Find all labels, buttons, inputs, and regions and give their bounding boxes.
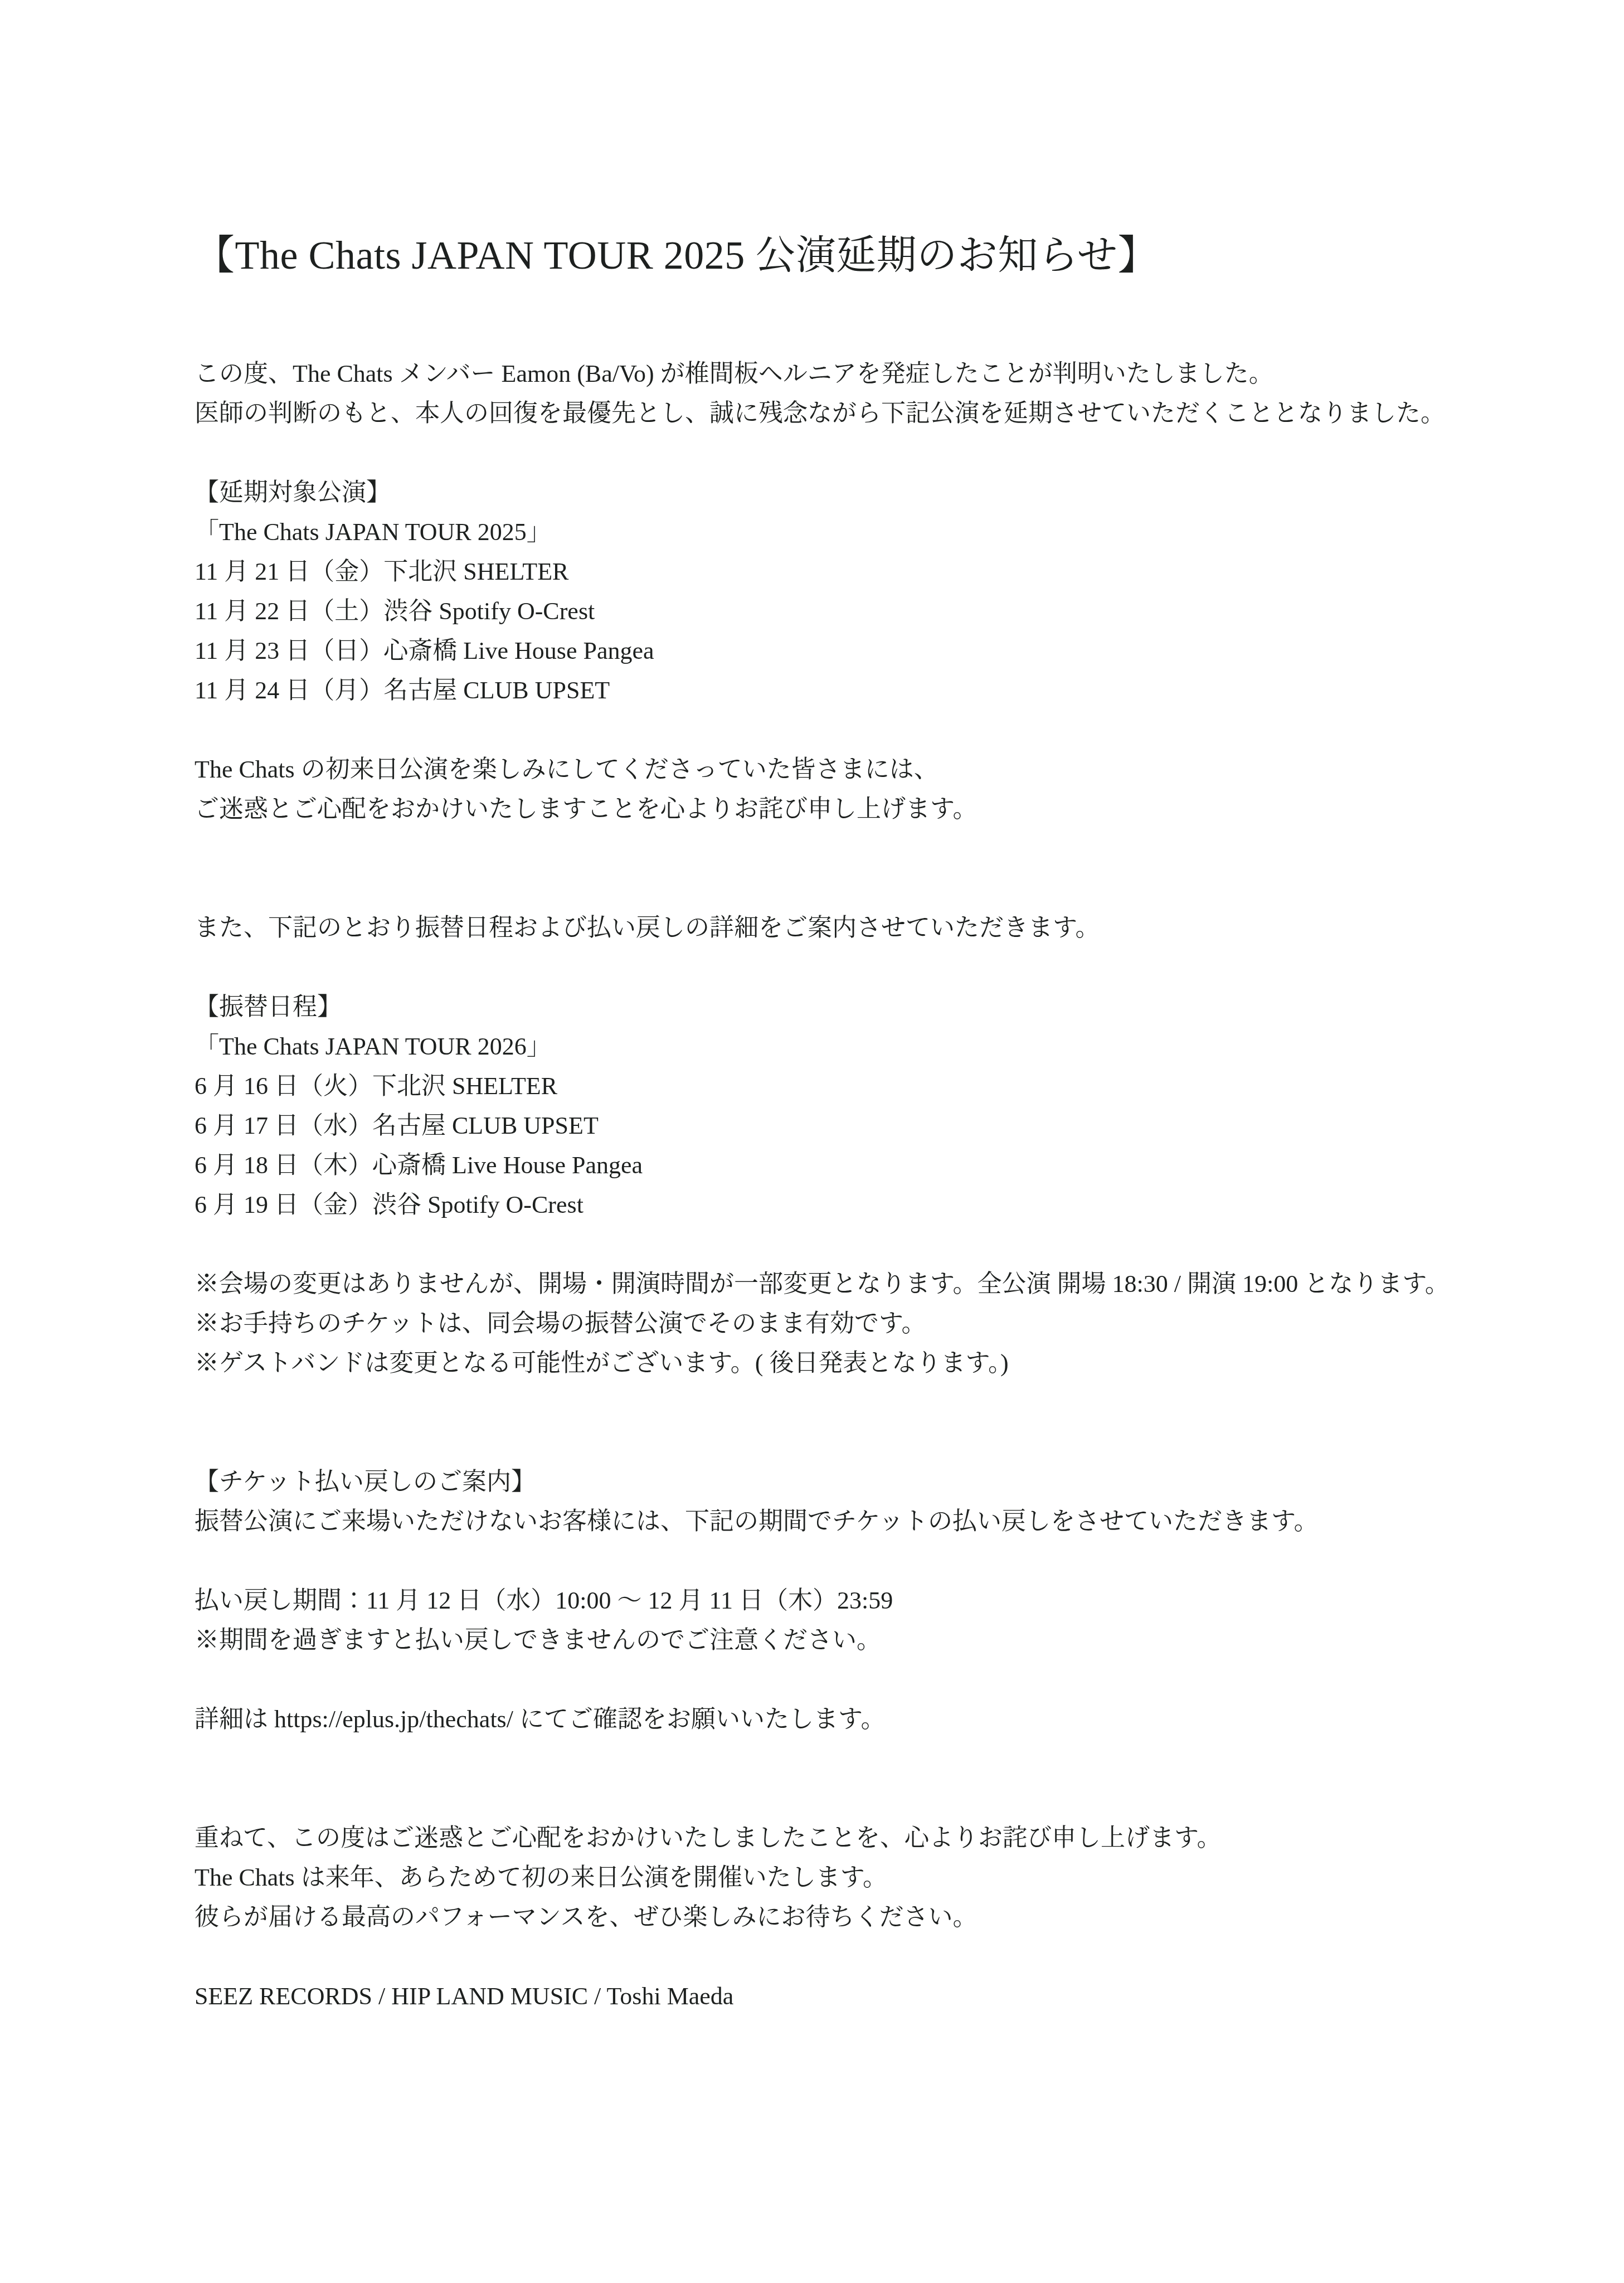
- reschedule-heading: 【振替日程】: [195, 987, 1535, 1027]
- rescheduled-show-date-1: 6 月 16 日（火）下北沢 SHELTER: [195, 1066, 1535, 1106]
- closing-line-2: The Chats は来年、あらためて初の来日公演を開催いたします。: [195, 1858, 1535, 1897]
- apology-line-2: ご迷惑とご心配をおかけいたしますことを心よりお詫び申し上げます。: [195, 789, 1535, 829]
- rescheduled-show-date-2: 6 月 17 日（水）名古屋 CLUB UPSET: [195, 1106, 1535, 1145]
- note-ticket-validity: ※お手持ちのチケットは、同会場の振替公演でそのまま有効です。: [195, 1304, 1535, 1343]
- rescheduled-show-date-4: 6 月 19 日（金）渋谷 Spotify O-Crest: [195, 1185, 1535, 1225]
- note-venue-time: ※会場の変更はありませんが、開場・開演時間が一部変更となります。全公演 開場 1…: [195, 1264, 1535, 1304]
- refund-description: 振替公演にご来場いただけないお客様には、下記の期間でチケットの払い戻しをさせてい…: [195, 1502, 1535, 1541]
- postponed-tour-title: 「The Chats JAPAN TOUR 2025」: [195, 512, 1535, 552]
- credits-line: SEEZ RECORDS / HIP LAND MUSIC / Toshi Ma…: [195, 1976, 1535, 2016]
- postponed-show-date-3: 11 月 23 日（日）心斎橋 Live House Pangea: [195, 631, 1535, 671]
- details-url: https://eplus.jp/thechats/: [274, 1706, 513, 1733]
- refund-heading: 【チケット払い戻しのご案内】: [195, 1462, 1535, 1502]
- closing-line-3: 彼らが届ける最高のパフォーマンスを、ぜひ楽しみにお待ちください。: [195, 1897, 1535, 1937]
- rescheduled-show-date-3: 6 月 18 日（木）心斎橋 Live House Pangea: [195, 1145, 1535, 1185]
- refund-details-suffix: にてご確認をお願いいたします。: [513, 1706, 885, 1733]
- intro-line-2: 医師の判断のもと、本人の回復を最優先とし、誠に残念ながら下記公演を延期させていた…: [195, 394, 1535, 433]
- postponed-shows-heading: 【延期対象公演】: [195, 473, 1535, 512]
- intro-line-1: この度、The Chats メンバー Eamon (Ba/Vo) が椎間板ヘルニ…: [195, 354, 1535, 394]
- refund-details-line: 詳細は https://eplus.jp/thechats/ にてご確認をお願い…: [195, 1699, 1535, 1739]
- postponed-show-date-2: 11 月 22 日（土）渋谷 Spotify O-Crest: [195, 591, 1535, 631]
- announcement-page: 【The Chats JAPAN TOUR 2025 公演延期のお知らせ】 この…: [0, 0, 1624, 2283]
- apology-line-1: The Chats の初来日公演を楽しみにしてくださっていた皆さまには、: [195, 750, 1535, 789]
- refund-period: 払い戻し期間：11 月 12 日（水）10:00 ～ 12 月 11 日（木）2…: [195, 1581, 1535, 1620]
- refund-caution: ※期間を過ぎますと払い戻しできませんのでご注意ください。: [195, 1620, 1535, 1660]
- postponed-show-date-4: 11 月 24 日（月）名古屋 CLUB UPSET: [195, 671, 1535, 710]
- postponed-show-date-1: 11 月 21 日（金）下北沢 SHELTER: [195, 552, 1535, 591]
- refund-details-prefix: 詳細は: [195, 1706, 274, 1733]
- rebook-intro-line: また、下記のとおり振替日程および払い戻しの詳細をご案内させていただきます。: [195, 908, 1535, 948]
- note-guest-band: ※ゲストバンドは変更となる可能性がございます。( 後日発表となります。): [195, 1343, 1535, 1383]
- reschedule-tour-title: 「The Chats JAPAN TOUR 2026」: [195, 1027, 1535, 1066]
- page-title: 【The Chats JAPAN TOUR 2025 公演延期のお知らせ】: [195, 230, 1535, 281]
- closing-line-1: 重ねて、この度はご迷惑とご心配をおかけいたしましたことを、心よりお詫び申し上げま…: [195, 1818, 1535, 1858]
